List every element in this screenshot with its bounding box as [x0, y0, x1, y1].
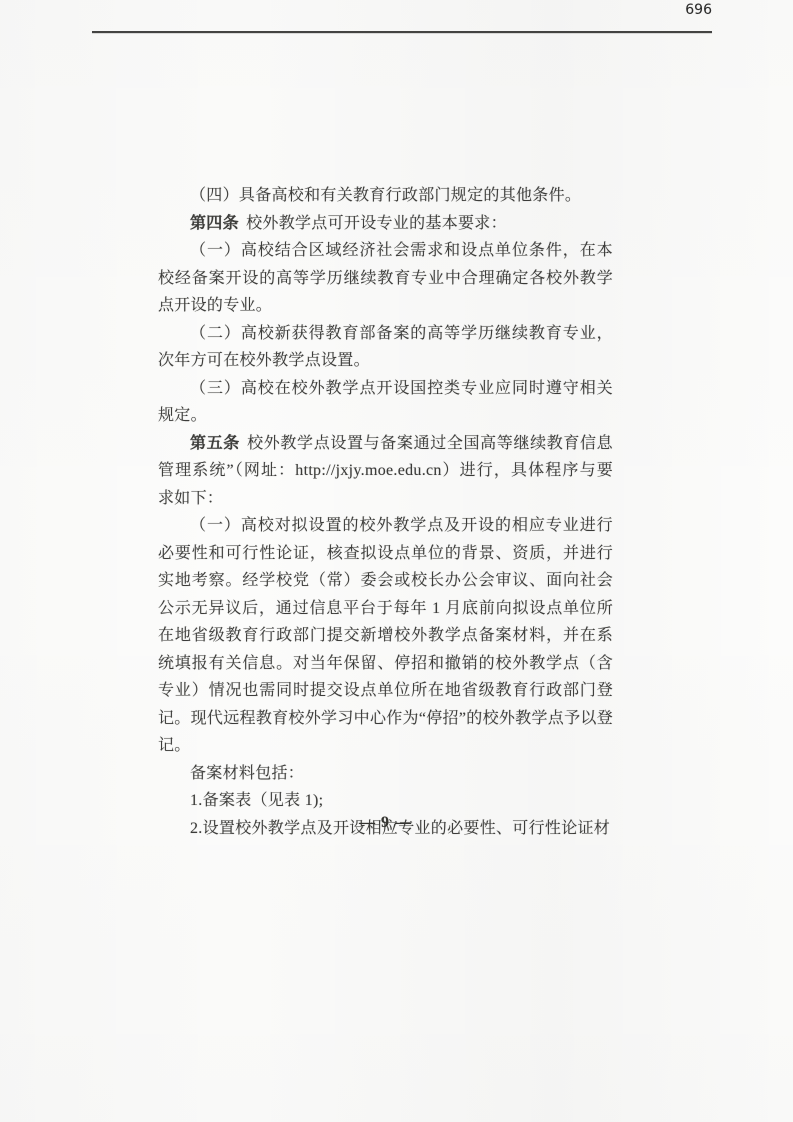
paragraph-text: 校外教学点可开设专业的基本要求：: [246, 215, 507, 232]
paragraph-text: （三）高校在校外教学点开设国控类专业应同时遵守相关规定。: [158, 380, 613, 425]
paragraph: （一）高校对拟设置的校外教学点及开设的相应专业进行必要性和可行性论证，核查拟设点…: [158, 512, 613, 760]
article-number: 第四条: [190, 215, 239, 232]
paragraph: （二）高校新获得教育部备案的高等学历继续教育专业，次年方可在校外教学点设置。: [158, 320, 613, 375]
paragraph: 第五条校外教学点设置与备案通过全国高等继续教育信息管理系统”（网址：http:/…: [158, 430, 613, 513]
paragraph-text: 备案材料包括：: [190, 765, 304, 782]
article-number: 第五条: [190, 435, 240, 452]
paragraph-text: （四）具备高校和有关教育行政部门规定的其他条件。: [190, 187, 581, 204]
paragraph: 1.备案表（见表 1);: [158, 787, 613, 815]
paragraph: 第四条校外教学点可开设专业的基本要求：: [158, 210, 613, 238]
header-divider: [92, 31, 712, 33]
paragraph-text: （一）高校对拟设置的校外教学点及开设的相应专业进行必要性和可行性论证，核查拟设点…: [158, 517, 613, 754]
document-body: （四）具备高校和有关教育行政部门规定的其他条件。第四条校外教学点可开设专业的基本…: [158, 182, 613, 842]
document-page: 696 （四）具备高校和有关教育行政部门规定的其他条件。第四条校外教学点可开设专…: [0, 0, 793, 1122]
header-page-number: 696: [685, 2, 712, 18]
paragraph: 备案材料包括：: [158, 760, 613, 788]
paragraph: （四）具备高校和有关教育行政部门规定的其他条件。: [158, 182, 613, 210]
footer-page-number: — 9 —: [158, 813, 613, 833]
paragraph-text: （一）高校结合区域经济社会需求和设点单位条件，在本校经备案开设的高等学历继续教育…: [158, 242, 613, 314]
paragraph: （三）高校在校外教学点开设国控类专业应同时遵守相关规定。: [158, 375, 613, 430]
paragraph-text: 1.备案表（见表 1);: [190, 792, 323, 809]
paragraph: （一）高校结合区域经济社会需求和设点单位条件，在本校经备案开设的高等学历继续教育…: [158, 237, 613, 320]
paragraph-text: （二）高校新获得教育部备案的高等学历继续教育专业，次年方可在校外教学点设置。: [158, 325, 613, 370]
